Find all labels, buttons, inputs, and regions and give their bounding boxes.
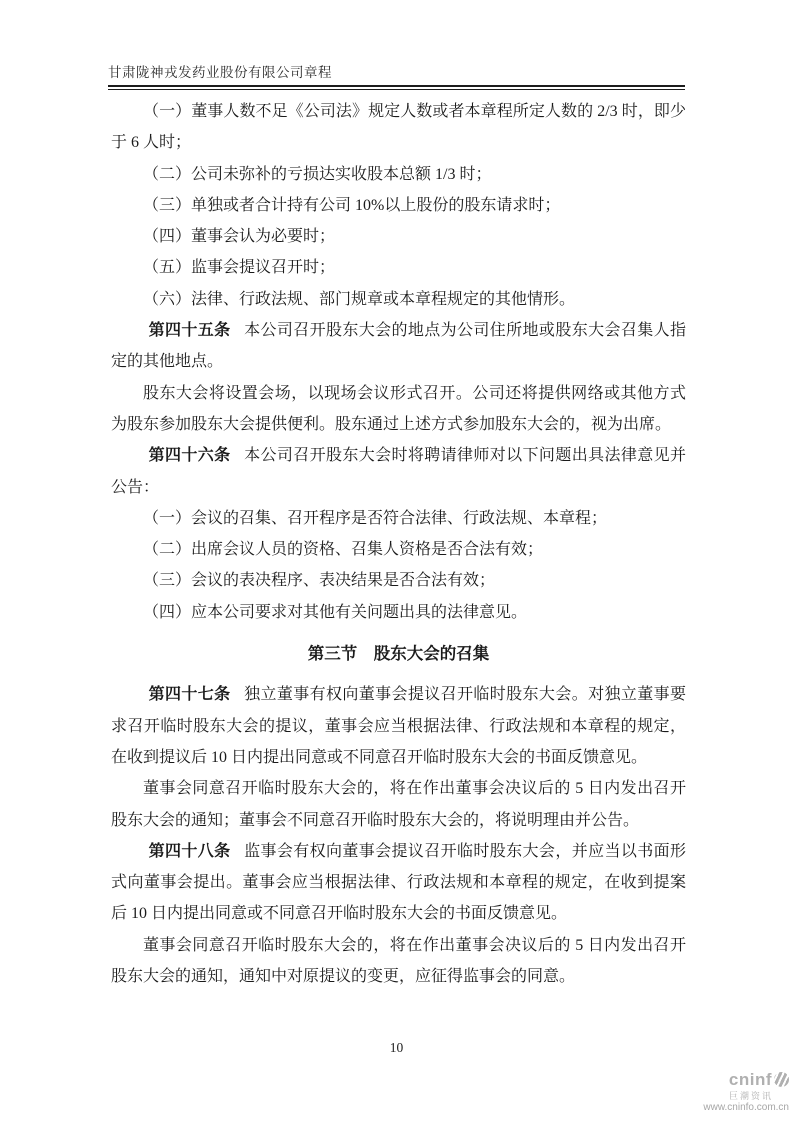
legal-opinion-item-2: （二）出席会议人员的资格、召集人资格是否合法有效； (111, 534, 686, 565)
page-header: 甘肃陇神戎发药业股份有限公司章程 (108, 61, 685, 90)
clause-item-5: （五）监事会提议召开时； (111, 252, 686, 283)
clause-item-2: （二）公司未弥补的亏损达实收股本总额 1/3 时； (111, 159, 686, 190)
article-48-number: 第四十八条 (149, 843, 231, 860)
article-45-number: 第四十五条 (149, 322, 231, 339)
header-rule (108, 85, 685, 90)
paragraph-board-agree-48: 董事会同意召开临时股东大会的，将在作出董事会决议后的 5 日内发出召开股东大会的… (111, 930, 686, 993)
legal-opinion-item-1: （一）会议的召集、召开程序是否符合法律、行政法规、本章程； (111, 503, 686, 534)
paragraph-meeting-venue: 股东大会将设置会场，以现场会议形式召开。公司还将提供网络或其他方式为股东参加股东… (111, 378, 686, 441)
cninfo-swirl-icon (774, 1072, 789, 1087)
article-47-number: 第四十七条 (149, 686, 231, 703)
page-number: 10 (0, 1040, 793, 1056)
cninfo-watermark: cninf 巨潮资讯 www.cninfo.com.cn (699, 1070, 789, 1113)
cninfo-chinese-name: 巨潮资讯 (699, 1091, 789, 1101)
legal-opinion-item-4: （四）应本公司要求对其他有关问题出具的法律意见。 (111, 597, 686, 628)
article-46-number: 第四十六条 (149, 447, 231, 464)
document-body: （一）董事人数不足《公司法》规定人数或者本章程所定人数的 2/3 时，即少于 6… (111, 96, 686, 992)
cninfo-url: www.cninfo.com.cn (699, 1102, 789, 1114)
article-46: 第四十六条本公司召开股东大会时将聘请律师对以下问题出具法律意见并公告： (111, 440, 686, 503)
legal-opinion-item-3: （三）会议的表决程序、表决结果是否合法有效； (111, 565, 686, 596)
clause-item-6: （六）法律、行政法规、部门规章或本章程规定的其他情形。 (111, 284, 686, 315)
cninfo-brand-row: cninf (699, 1070, 789, 1090)
article-48: 第四十八条监事会有权向董事会提议召开临时股东大会，并应当以书面形式向董事会提出。… (111, 836, 686, 930)
clause-item-4: （四）董事会认为必要时； (111, 221, 686, 252)
clause-item-1: （一）董事人数不足《公司法》规定人数或者本章程所定人数的 2/3 时，即少于 6… (111, 96, 686, 159)
document-page: 甘肃陇神戎发药业股份有限公司章程 （一）董事人数不足《公司法》规定人数或者本章程… (0, 0, 793, 1122)
section-heading: 第三节 股东大会的召集 (111, 638, 686, 669)
cninfo-brand-text: cninf (729, 1070, 772, 1090)
clause-item-3: （三）单独或者合计持有公司 10%以上股份的股东请求时； (111, 190, 686, 221)
article-47: 第四十七条独立董事有权向董事会提议召开临时股东大会。对独立董事要求召开临时股东大… (111, 679, 686, 773)
article-45: 第四十五条本公司召开股东大会的地点为公司住所地或股东大会召集人指定的其他地点。 (111, 315, 686, 378)
paragraph-board-agree-47: 董事会同意召开临时股东大会的，将在作出董事会决议后的 5 日内发出召开股东大会的… (111, 773, 686, 836)
header-title: 甘肃陇神戎发药业股份有限公司章程 (108, 61, 685, 85)
